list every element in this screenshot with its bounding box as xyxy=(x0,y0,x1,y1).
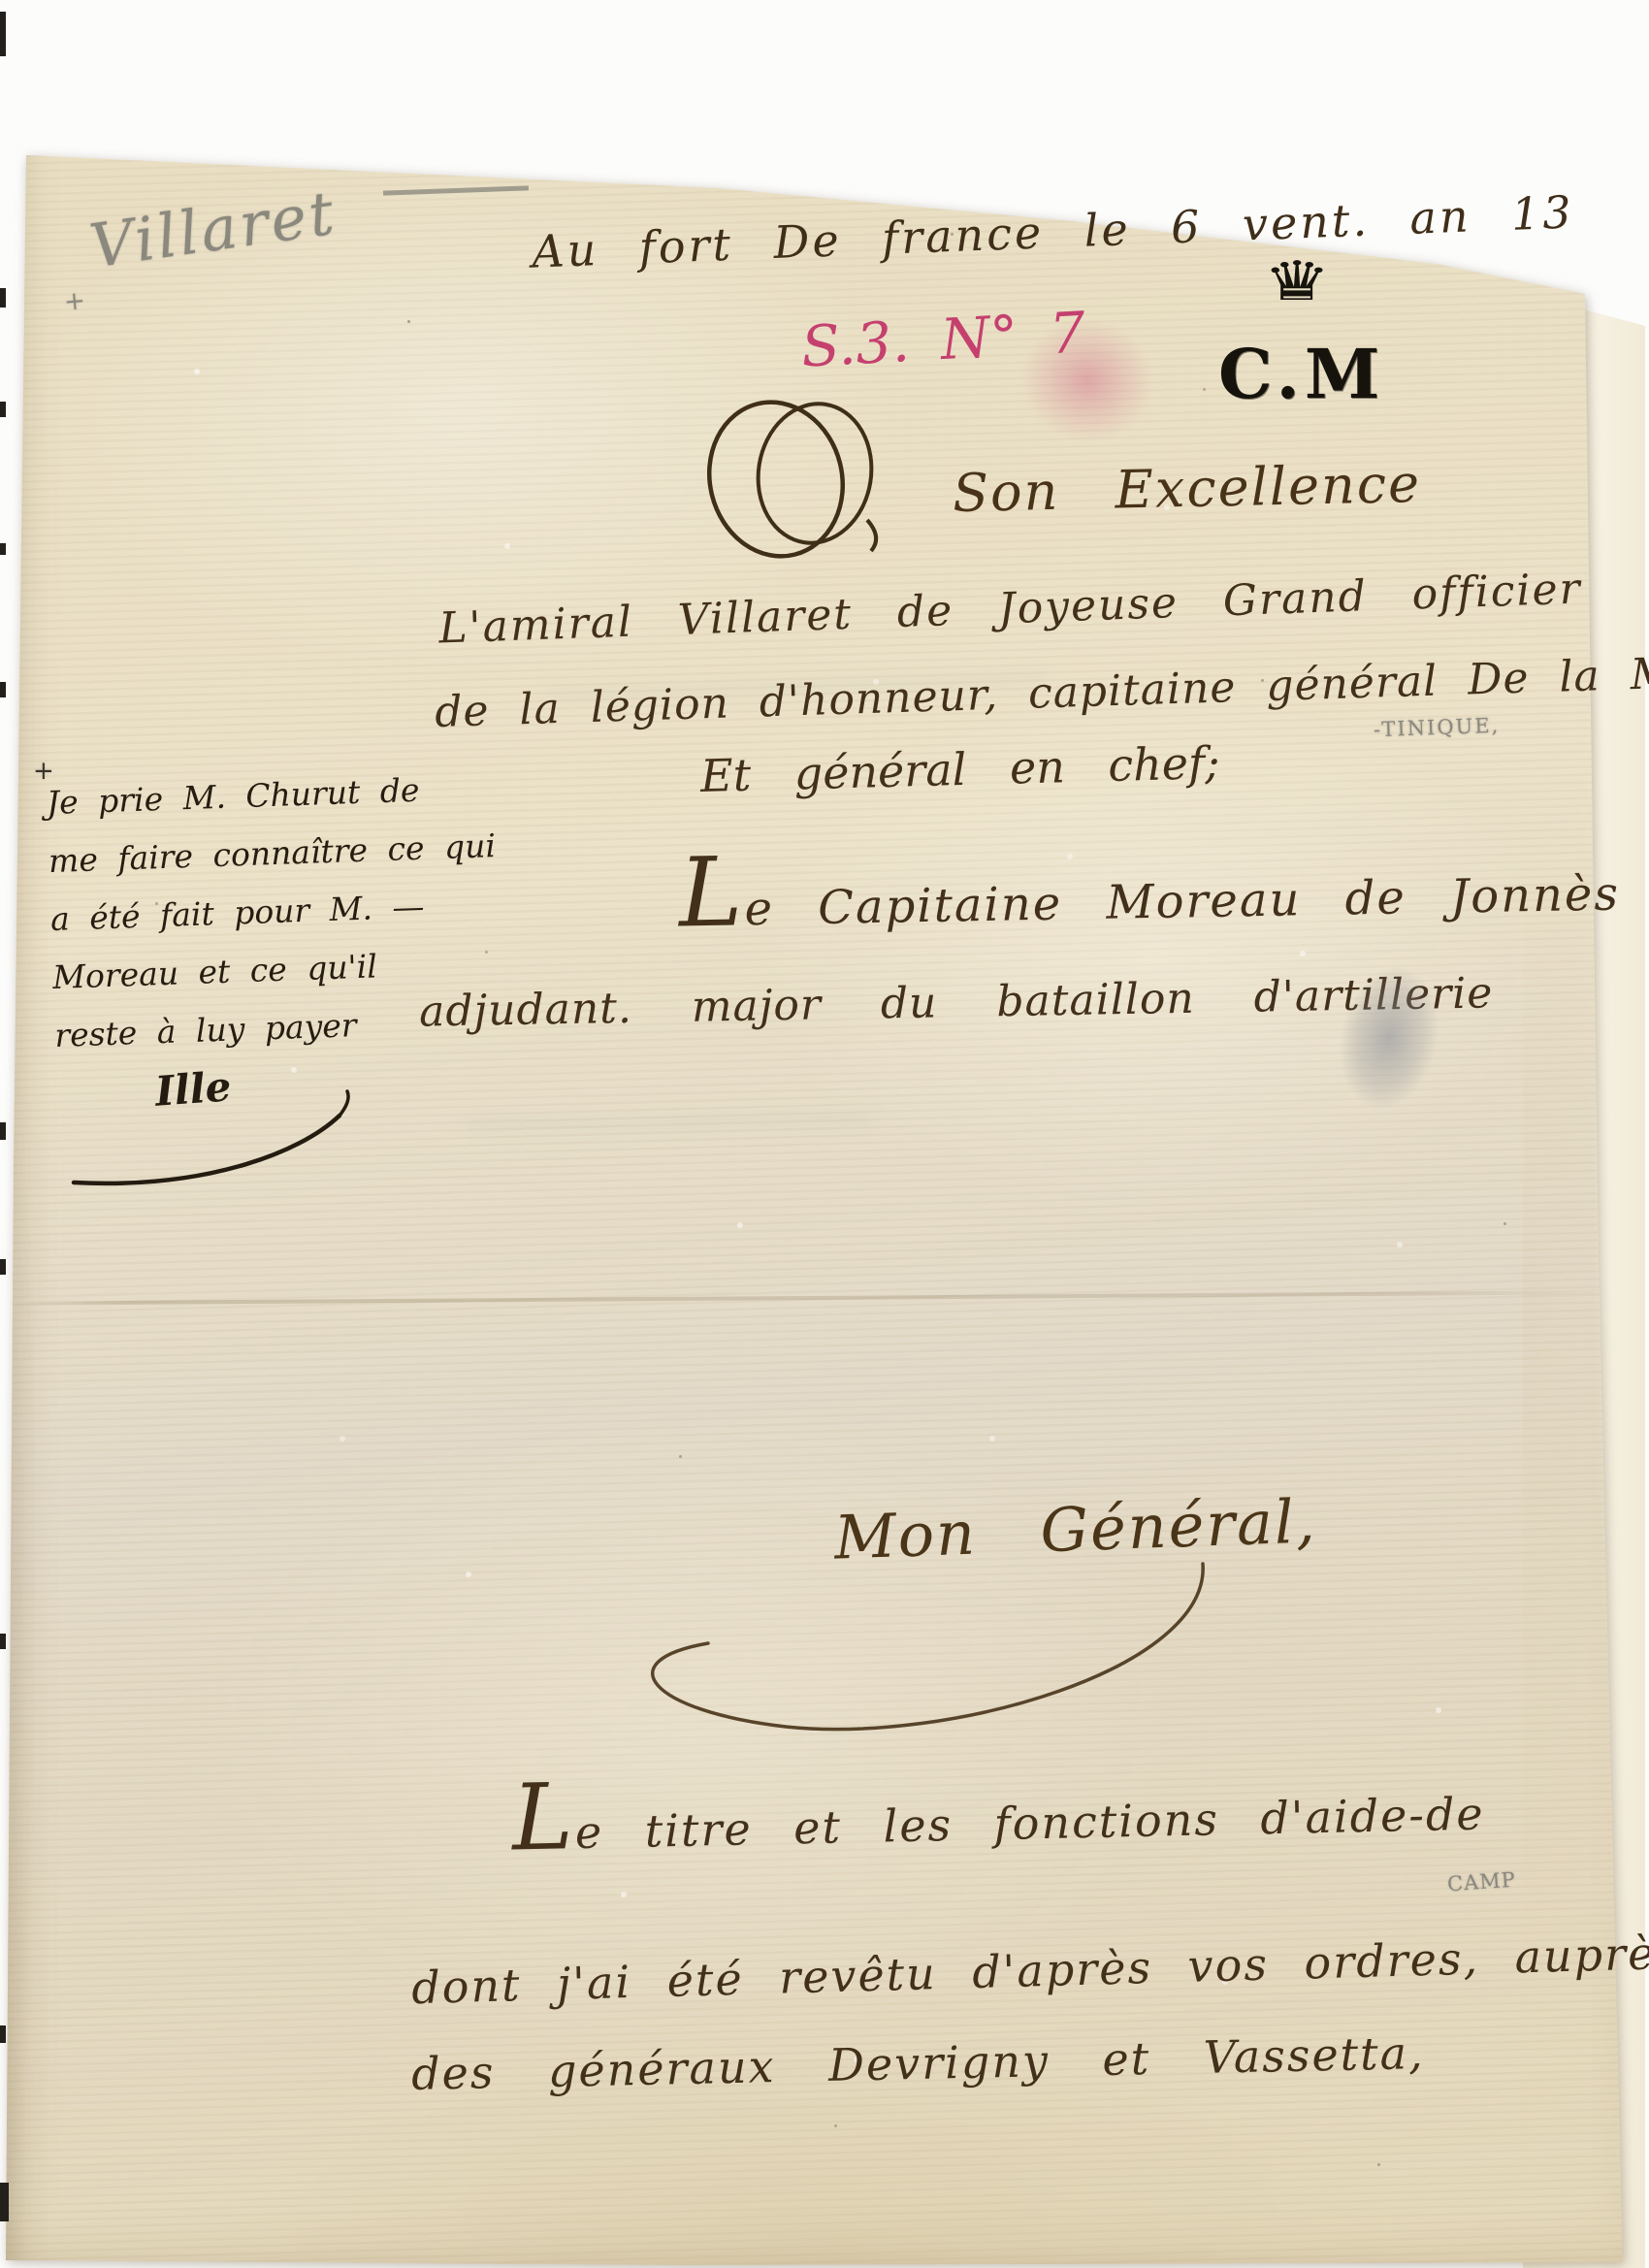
scan-artifact xyxy=(0,402,6,417)
martinique-pencil-annotation: -TINIQUE, xyxy=(1374,714,1501,742)
salutation-initial: A xyxy=(722,417,789,526)
margin-note: Je prie M. Churut de me faire connaître … xyxy=(46,759,502,1065)
scan-artifact xyxy=(0,1634,6,1649)
salutation-text: Son Excellence xyxy=(952,453,1421,524)
greeting-swash xyxy=(563,1552,1261,1766)
scan-artifact xyxy=(0,288,6,308)
scan-artifact xyxy=(0,1122,6,1140)
crown-icon: ♛ xyxy=(1263,250,1331,313)
paper-speckles-light xyxy=(194,369,200,374)
margin-paraph: Ille xyxy=(153,1062,233,1115)
scan-artifact xyxy=(0,2183,9,2221)
scan-artifact xyxy=(0,12,6,56)
paper-speckles-dark xyxy=(407,320,410,323)
pencil-cross-mark: + xyxy=(63,286,86,317)
camp-pencil-annotation: CAMP xyxy=(1446,1868,1516,1896)
scan-artifact xyxy=(0,1259,6,1275)
scan-artifact xyxy=(0,543,6,555)
scan-artifact xyxy=(0,682,6,697)
monogram-stamp: C.M xyxy=(1218,334,1384,414)
scanned-letter-page: + Villaret Au fort De france le 6 vent. … xyxy=(0,0,1649,2268)
scan-artifact xyxy=(0,2025,6,2043)
